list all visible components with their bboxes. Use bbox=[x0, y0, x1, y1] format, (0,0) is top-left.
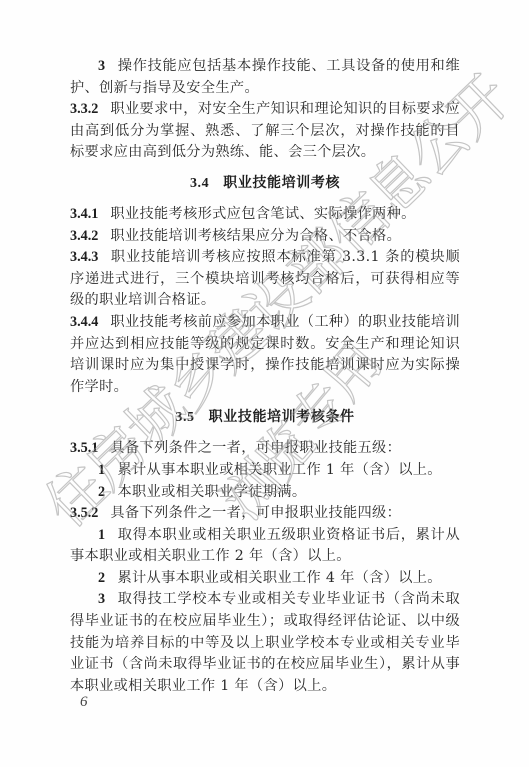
clause: 3.4.3职业技能培训考核应按照本标准第 3.3.1 条的模块顺序递进式进行，三… bbox=[70, 247, 460, 312]
item-number: 3 bbox=[98, 58, 105, 74]
list-item: 3取得技工学校本专业或相关专业毕业证书（含尚未取得毕业证书的在校应届毕业生）；或… bbox=[70, 589, 460, 697]
clause-text: 职业技能考核形式应包含笔试、实际操作两种。 bbox=[110, 206, 415, 222]
clause: 3.5.1具备下列条件之一者，可申报职业技能五级： bbox=[70, 438, 460, 460]
clause-number: 3.4.2 bbox=[70, 228, 98, 244]
document-page: 3操作技能应包括基本操作技能、工具设备的使用和维护、创新与指导及安全生产。 3.… bbox=[0, 0, 529, 767]
clause-number: 3.4.1 bbox=[70, 206, 98, 222]
list-item: 2累计从事本职业或相关职业工作 4 年（含）以上。 bbox=[70, 568, 460, 590]
clause-number: 3.5.2 bbox=[70, 505, 98, 521]
clause-number: 3.4.4 bbox=[70, 314, 98, 330]
clause-text: 具备下列条件之一者，可申报职业技能四级： bbox=[110, 505, 401, 521]
list-item: 3操作技能应包括基本操作技能、工具设备的使用和维护、创新与指导及安全生产。 bbox=[70, 56, 460, 99]
page-number: 6 bbox=[80, 694, 88, 711]
item-number: 2 bbox=[98, 484, 105, 500]
list-item: 1取得本职业或相关职业五级职业资格证书后，累计从事本职业或相关职业工作 2 年（… bbox=[70, 525, 460, 568]
item-text: 取得技工学校本专业或相关专业毕业证书（含尚未取得毕业证书的在校应届毕业生）；或取… bbox=[70, 591, 460, 693]
clause-text: 职业要求中，对安全生产知识和理论知识的目标要求应由高到低分为掌握、熟悉、了解三个… bbox=[70, 101, 460, 160]
item-text: 操作技能应包括基本操作技能、工具设备的使用和维护、创新与指导及安全生产。 bbox=[70, 58, 460, 96]
clause-number: 3.4.3 bbox=[70, 249, 98, 265]
clause-number: 3.3.2 bbox=[70, 101, 98, 117]
item-number: 2 bbox=[98, 570, 105, 586]
section-title: 职业技能培训考核条件 bbox=[209, 409, 355, 425]
item-number: 1 bbox=[98, 527, 105, 543]
clause: 3.4.1职业技能考核形式应包含笔试、实际操作两种。 bbox=[70, 204, 460, 226]
item-text: 本职业或相关职业学徒期满。 bbox=[117, 484, 306, 500]
clause-text: 职业技能培训考核应按照本标准第 3.3.1 条的模块顺序递进式进行，三个模块培训… bbox=[70, 249, 460, 308]
clause-number: 3.5.1 bbox=[70, 440, 98, 456]
clause: 3.4.2职业技能培训考核结果应分为合格、不合格。 bbox=[70, 226, 460, 248]
list-item: 2本职业或相关职业学徒期满。 bbox=[70, 482, 460, 504]
clause-text: 职业技能考核前应参加本职业（工种）的职业技能培训并应达到相应技能等级的规定课时数… bbox=[70, 314, 460, 395]
section-title: 职业技能培训考核 bbox=[223, 175, 340, 191]
item-number: 1 bbox=[98, 462, 105, 478]
item-text: 取得本职业或相关职业五级职业资格证书后，累计从事本职业或相关职业工作 2 年（含… bbox=[70, 527, 460, 565]
clause-text: 职业技能培训考核结果应分为合格、不合格。 bbox=[110, 228, 401, 244]
item-text: 累计从事本职业或相关职业工作 4 年（含）以上。 bbox=[117, 570, 441, 586]
section-number: 3.4 bbox=[190, 176, 209, 191]
list-item: 1累计从事本职业或相关职业工作 1 年（含）以上。 bbox=[70, 460, 460, 482]
item-number: 3 bbox=[98, 591, 105, 607]
section-number: 3.5 bbox=[175, 410, 194, 425]
clause: 3.4.4职业技能考核前应参加本职业（工种）的职业技能培训并应达到相应技能等级的… bbox=[70, 312, 460, 398]
clause: 3.3.2职业要求中，对安全生产知识和理论知识的目标要求应由高到低分为掌握、熟悉… bbox=[70, 99, 460, 164]
clause: 3.5.2具备下列条件之一者，可申报职业技能四级： bbox=[70, 503, 460, 525]
section-heading: 3.4职业技能培训考核 bbox=[70, 172, 460, 195]
document-body: 3操作技能应包括基本操作技能、工具设备的使用和维护、创新与指导及安全生产。 3.… bbox=[70, 56, 460, 697]
item-text: 累计从事本职业或相关职业工作 1 年（含）以上。 bbox=[117, 462, 441, 478]
clause-text: 具备下列条件之一者，可申报职业技能五级： bbox=[110, 440, 401, 456]
section-heading: 3.5职业技能培训考核条件 bbox=[70, 406, 460, 429]
